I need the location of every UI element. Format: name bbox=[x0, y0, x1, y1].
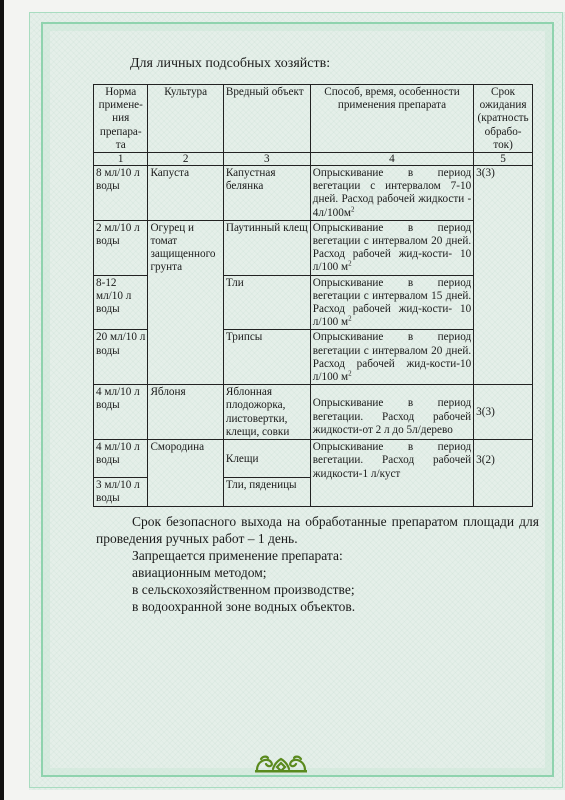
header-line: препара- bbox=[96, 126, 145, 139]
crop-cell: Яблоня bbox=[148, 385, 223, 440]
header-method: Способ, время, особенности применения пр… bbox=[310, 85, 473, 153]
crop-cell: Смородина bbox=[148, 440, 223, 507]
scan-edge bbox=[0, 0, 4, 800]
prohibited-item: в водоохранной зоне водных объектов. bbox=[96, 598, 539, 615]
column-number-row: 1 2 3 4 5 bbox=[94, 153, 533, 166]
header-pest: Вредный объект bbox=[223, 85, 310, 153]
safe-exit-note: Срок безопасного выхода на обработанные … bbox=[96, 513, 539, 547]
method-cell: Опрыскивание в период вегетации с интерв… bbox=[310, 220, 473, 275]
crop-cell: Огурец и томат защищенного грунта bbox=[148, 220, 223, 384]
column-number: 5 bbox=[474, 153, 533, 166]
header-rate: Норма примене- ния препара- та bbox=[94, 85, 148, 153]
superscript: 2 bbox=[348, 315, 352, 323]
method-text: Опрыскивание в период вегетации с интерв… bbox=[313, 277, 471, 329]
header-line: (кратность bbox=[476, 112, 530, 125]
header-line: Срок bbox=[476, 86, 530, 99]
rate-cell: 8-12 мл/10 л воды bbox=[94, 275, 148, 330]
table-row: 2 мл/10 л воды Огурец и томат защищенног… bbox=[94, 220, 533, 275]
prohibited-item: авиационным методом; bbox=[96, 564, 539, 581]
waiting-cell: 3(3) bbox=[474, 166, 533, 385]
rate-cell: 4 мл/10 л воды bbox=[94, 385, 148, 440]
pest-cell: Клещи bbox=[223, 440, 310, 478]
header-line: обрабо- bbox=[476, 126, 530, 139]
superscript: 2 bbox=[348, 369, 352, 377]
header-line: ния bbox=[96, 112, 145, 125]
table-row: 4 мл/10 л воды Яблоня Яблонная плодожорк… bbox=[94, 385, 533, 440]
pest-cell: Трипсы bbox=[223, 330, 310, 385]
rate-cell: 4 мл/10 л воды bbox=[94, 440, 148, 478]
pest-cell: Яблонная плодожорка, листовертки, клещи,… bbox=[223, 385, 310, 440]
prohibited-item: в сельскохозяйственном производстве; bbox=[96, 581, 539, 598]
application-rates-table: Норма примене- ния препара- та Культура … bbox=[93, 84, 533, 507]
header-waiting: Срок ожидания (кратность обрабо- ток) bbox=[474, 85, 533, 153]
rate-cell: 3 мл/10 л воды bbox=[94, 478, 148, 507]
rate-cell: 8 мл/10 л воды bbox=[94, 166, 148, 221]
header-line: примене- bbox=[96, 99, 145, 112]
method-text: Опрыскивание в период вегетации с интерв… bbox=[313, 331, 471, 383]
crop-cell: Капуста bbox=[148, 166, 223, 221]
method-cell: Опрыскивание в период вегетации с интерв… bbox=[310, 166, 473, 221]
waiting-cell: 3(2) bbox=[474, 440, 533, 507]
superscript: 2 bbox=[351, 205, 355, 213]
method-cell: Опрыскивание в период вегетации с интерв… bbox=[310, 275, 473, 330]
header-line: ожидания bbox=[476, 99, 530, 112]
prohibited-title: Запрещается применение препарата: bbox=[96, 547, 539, 564]
method-cell: Опрыскивание в период вегетации. Расход … bbox=[310, 385, 473, 440]
header-line: ток) bbox=[476, 139, 530, 152]
pest-cell: Капустная белянка bbox=[223, 166, 310, 221]
waiting-value: 3(2) bbox=[476, 454, 495, 466]
rate-cell: 2 мл/10 л воды bbox=[94, 220, 148, 275]
table-row: 4 мл/10 л воды Смородина Клещи Опрыскива… bbox=[94, 440, 533, 478]
floral-ornament-icon bbox=[253, 753, 309, 773]
pest-cell: Паутинный клещ bbox=[223, 220, 310, 275]
header-line: Норма bbox=[96, 86, 145, 99]
pest-cell: Тли, пяденицы bbox=[223, 478, 310, 507]
method-cell: Опрыскивание в период вегетации. Расход … bbox=[310, 440, 473, 507]
column-number: 3 bbox=[223, 153, 310, 166]
method-text: Опрыскивание в период вегетации с интерв… bbox=[313, 167, 471, 219]
method-text: Опрыскивание в период вегетации с интерв… bbox=[313, 222, 471, 274]
rate-cell: 20 мл/10 л воды bbox=[94, 330, 148, 385]
header-crop: Культура bbox=[148, 85, 223, 153]
superscript: 2 bbox=[348, 260, 352, 268]
method-cell: Опрыскивание в период вегетации с интерв… bbox=[310, 330, 473, 385]
table-row: 8 мл/10 л воды Капуста Капустная белянка… bbox=[94, 166, 533, 221]
column-number: 2 bbox=[148, 153, 223, 166]
pest-cell: Тли bbox=[223, 275, 310, 330]
column-number: 1 bbox=[94, 153, 148, 166]
usage-notes: Срок безопасного выхода на обработанные … bbox=[96, 513, 539, 615]
section-heading: Для личных подсобных хозяйств: bbox=[130, 56, 330, 72]
table-header-row: Норма примене- ния препара- та Культура … bbox=[94, 85, 533, 153]
header-line: та bbox=[96, 139, 145, 152]
waiting-cell: 3(3) bbox=[474, 385, 533, 440]
column-number: 4 bbox=[310, 153, 473, 166]
